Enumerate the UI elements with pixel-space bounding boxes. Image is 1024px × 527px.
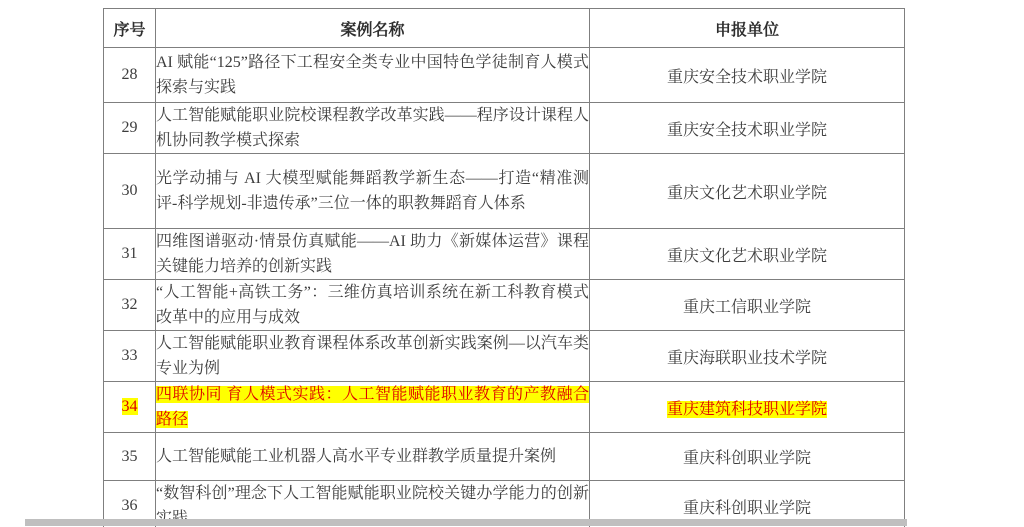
unit-name: 重庆科创职业学院 xyxy=(590,433,905,481)
table-row: 29 人工智能赋能职业院校课程教学改革实践——程序设计课程人机协同教学模式探索 … xyxy=(104,103,905,154)
column-header-case: 案例名称 xyxy=(156,9,590,48)
table-row: 34 四联协同 育人模式实践：人工智能赋能职业教育的产教融合路径 重庆建筑科技职… xyxy=(104,382,905,433)
unit-name: 重庆海联职业技术学院 xyxy=(590,331,905,382)
unit-name: 重庆安全技术职业学院 xyxy=(590,48,905,103)
table-row: 28 AI 赋能“125”路径下工程安全类专业中国特色学徒制育人模式探索与实践 … xyxy=(104,48,905,103)
case-name: 人工智能赋能工业机器人高水平专业群教学质量提升案例 xyxy=(156,433,590,481)
case-name-text: 四联协同 育人模式实践：人工智能赋能职业教育的产教融合路径 xyxy=(156,386,589,428)
row-number-text: 33 xyxy=(122,347,138,364)
row-number-text: 35 xyxy=(122,448,138,465)
case-name: 人工智能赋能职业教育课程体系改革创新实践案例—以汽车类专业为例 xyxy=(156,331,590,382)
case-name: AI 赋能“125”路径下工程安全类专业中国特色学徒制育人模式探索与实践 xyxy=(156,48,590,103)
row-number: 35 xyxy=(104,433,156,481)
unit-name: 重庆建筑科技职业学院 xyxy=(590,382,905,433)
row-number: 28 xyxy=(104,48,156,103)
document-page: 序号 案例名称 申报单位 28 AI 赋能“125”路径下工程安全类专业中国特色… xyxy=(0,0,1024,527)
unit-name-text: 重庆安全技术职业学院 xyxy=(667,69,827,86)
unit-name: 重庆文化艺术职业学院 xyxy=(590,229,905,280)
case-name-text: 人工智能赋能职业院校课程教学改革实践——程序设计课程人机协同教学模式探索 xyxy=(156,107,589,149)
table-row: 30 光学动捕与 AI 大模型赋能舞蹈教学新生态——打造“精准测评-科学规划-非… xyxy=(104,154,905,229)
unit-name-text: 重庆科创职业学院 xyxy=(683,500,811,517)
case-name-text: “人工智能+高铁工务”：三维仿真培训系统在新工科教育模式改革中的应用与成效 xyxy=(156,284,589,326)
unit-name-text: 重庆安全技术职业学院 xyxy=(667,122,827,139)
case-name-text: 光学动捕与 AI 大模型赋能舞蹈教学新生态——打造“精准测评-科学规划-非遗传承… xyxy=(156,170,589,212)
case-name: 四维图谱驱动·情景仿真赋能——AI 助力《新媒体运营》课程关键能力培养的创新实践 xyxy=(156,229,590,280)
case-name-text: 人工智能赋能工业机器人高水平专业群教学质量提升案例 xyxy=(156,448,556,465)
unit-name-text: 重庆文化艺术职业学院 xyxy=(667,248,827,265)
case-name-text: 人工智能赋能职业教育课程体系改革创新实践案例—以汽车类专业为例 xyxy=(156,335,589,377)
row-number-text: 34 xyxy=(122,398,138,415)
header-row: 序号 案例名称 申报单位 xyxy=(104,9,905,48)
row-number-text: 36 xyxy=(122,497,138,514)
unit-name-text: 重庆工信职业学院 xyxy=(683,299,811,316)
unit-name: 重庆工信职业学院 xyxy=(590,280,905,331)
row-number-text: 32 xyxy=(122,296,138,313)
table-row: 31 四维图谱驱动·情景仿真赋能——AI 助力《新媒体运营》课程关键能力培养的创… xyxy=(104,229,905,280)
unit-name: 重庆安全技术职业学院 xyxy=(590,103,905,154)
case-name: 光学动捕与 AI 大模型赋能舞蹈教学新生态——打造“精准测评-科学规划-非遗传承… xyxy=(156,154,590,229)
row-number: 31 xyxy=(104,229,156,280)
case-name: 四联协同 育人模式实践：人工智能赋能职业教育的产教融合路径 xyxy=(156,382,590,433)
row-number: 30 xyxy=(104,154,156,229)
table-body: 28 AI 赋能“125”路径下工程安全类专业中国特色学徒制育人模式探索与实践 … xyxy=(104,48,905,527)
unit-name: 重庆文化艺术职业学院 xyxy=(590,154,905,229)
case-name-text: 四维图谱驱动·情景仿真赋能——AI 助力《新媒体运营》课程关键能力培养的创新实践 xyxy=(156,233,589,275)
column-header-unit: 申报单位 xyxy=(590,9,905,48)
case-name: 人工智能赋能职业院校课程教学改革实践——程序设计课程人机协同教学模式探索 xyxy=(156,103,590,154)
table-row: 33 人工智能赋能职业教育课程体系改革创新实践案例—以汽车类专业为例 重庆海联职… xyxy=(104,331,905,382)
row-number: 33 xyxy=(104,331,156,382)
cases-table: 序号 案例名称 申报单位 28 AI 赋能“125”路径下工程安全类专业中国特色… xyxy=(103,8,905,527)
row-number: 29 xyxy=(104,103,156,154)
unit-name-text: 重庆海联职业技术学院 xyxy=(667,350,827,367)
row-number: 34 xyxy=(104,382,156,433)
case-name: “人工智能+高铁工务”：三维仿真培训系统在新工科教育模式改革中的应用与成效 xyxy=(156,280,590,331)
case-name-text: AI 赋能“125”路径下工程安全类专业中国特色学徒制育人模式探索与实践 xyxy=(156,54,589,96)
row-number-text: 30 xyxy=(122,182,138,199)
table-row: 35 人工智能赋能工业机器人高水平专业群教学质量提升案例 重庆科创职业学院 xyxy=(104,433,905,481)
unit-name-text: 重庆文化艺术职业学院 xyxy=(667,185,827,202)
row-number-text: 31 xyxy=(122,245,138,262)
unit-name-text: 重庆建筑科技职业学院 xyxy=(667,401,827,418)
row-number-text: 28 xyxy=(122,66,138,83)
unit-name-text: 重庆科创职业学院 xyxy=(683,450,811,467)
row-number-text: 29 xyxy=(122,119,138,136)
table-row: 32 “人工智能+高铁工务”：三维仿真培训系统在新工科教育模式改革中的应用与成效… xyxy=(104,280,905,331)
column-header-no: 序号 xyxy=(104,9,156,48)
row-number: 32 xyxy=(104,280,156,331)
page-bottom-edge xyxy=(25,519,907,526)
